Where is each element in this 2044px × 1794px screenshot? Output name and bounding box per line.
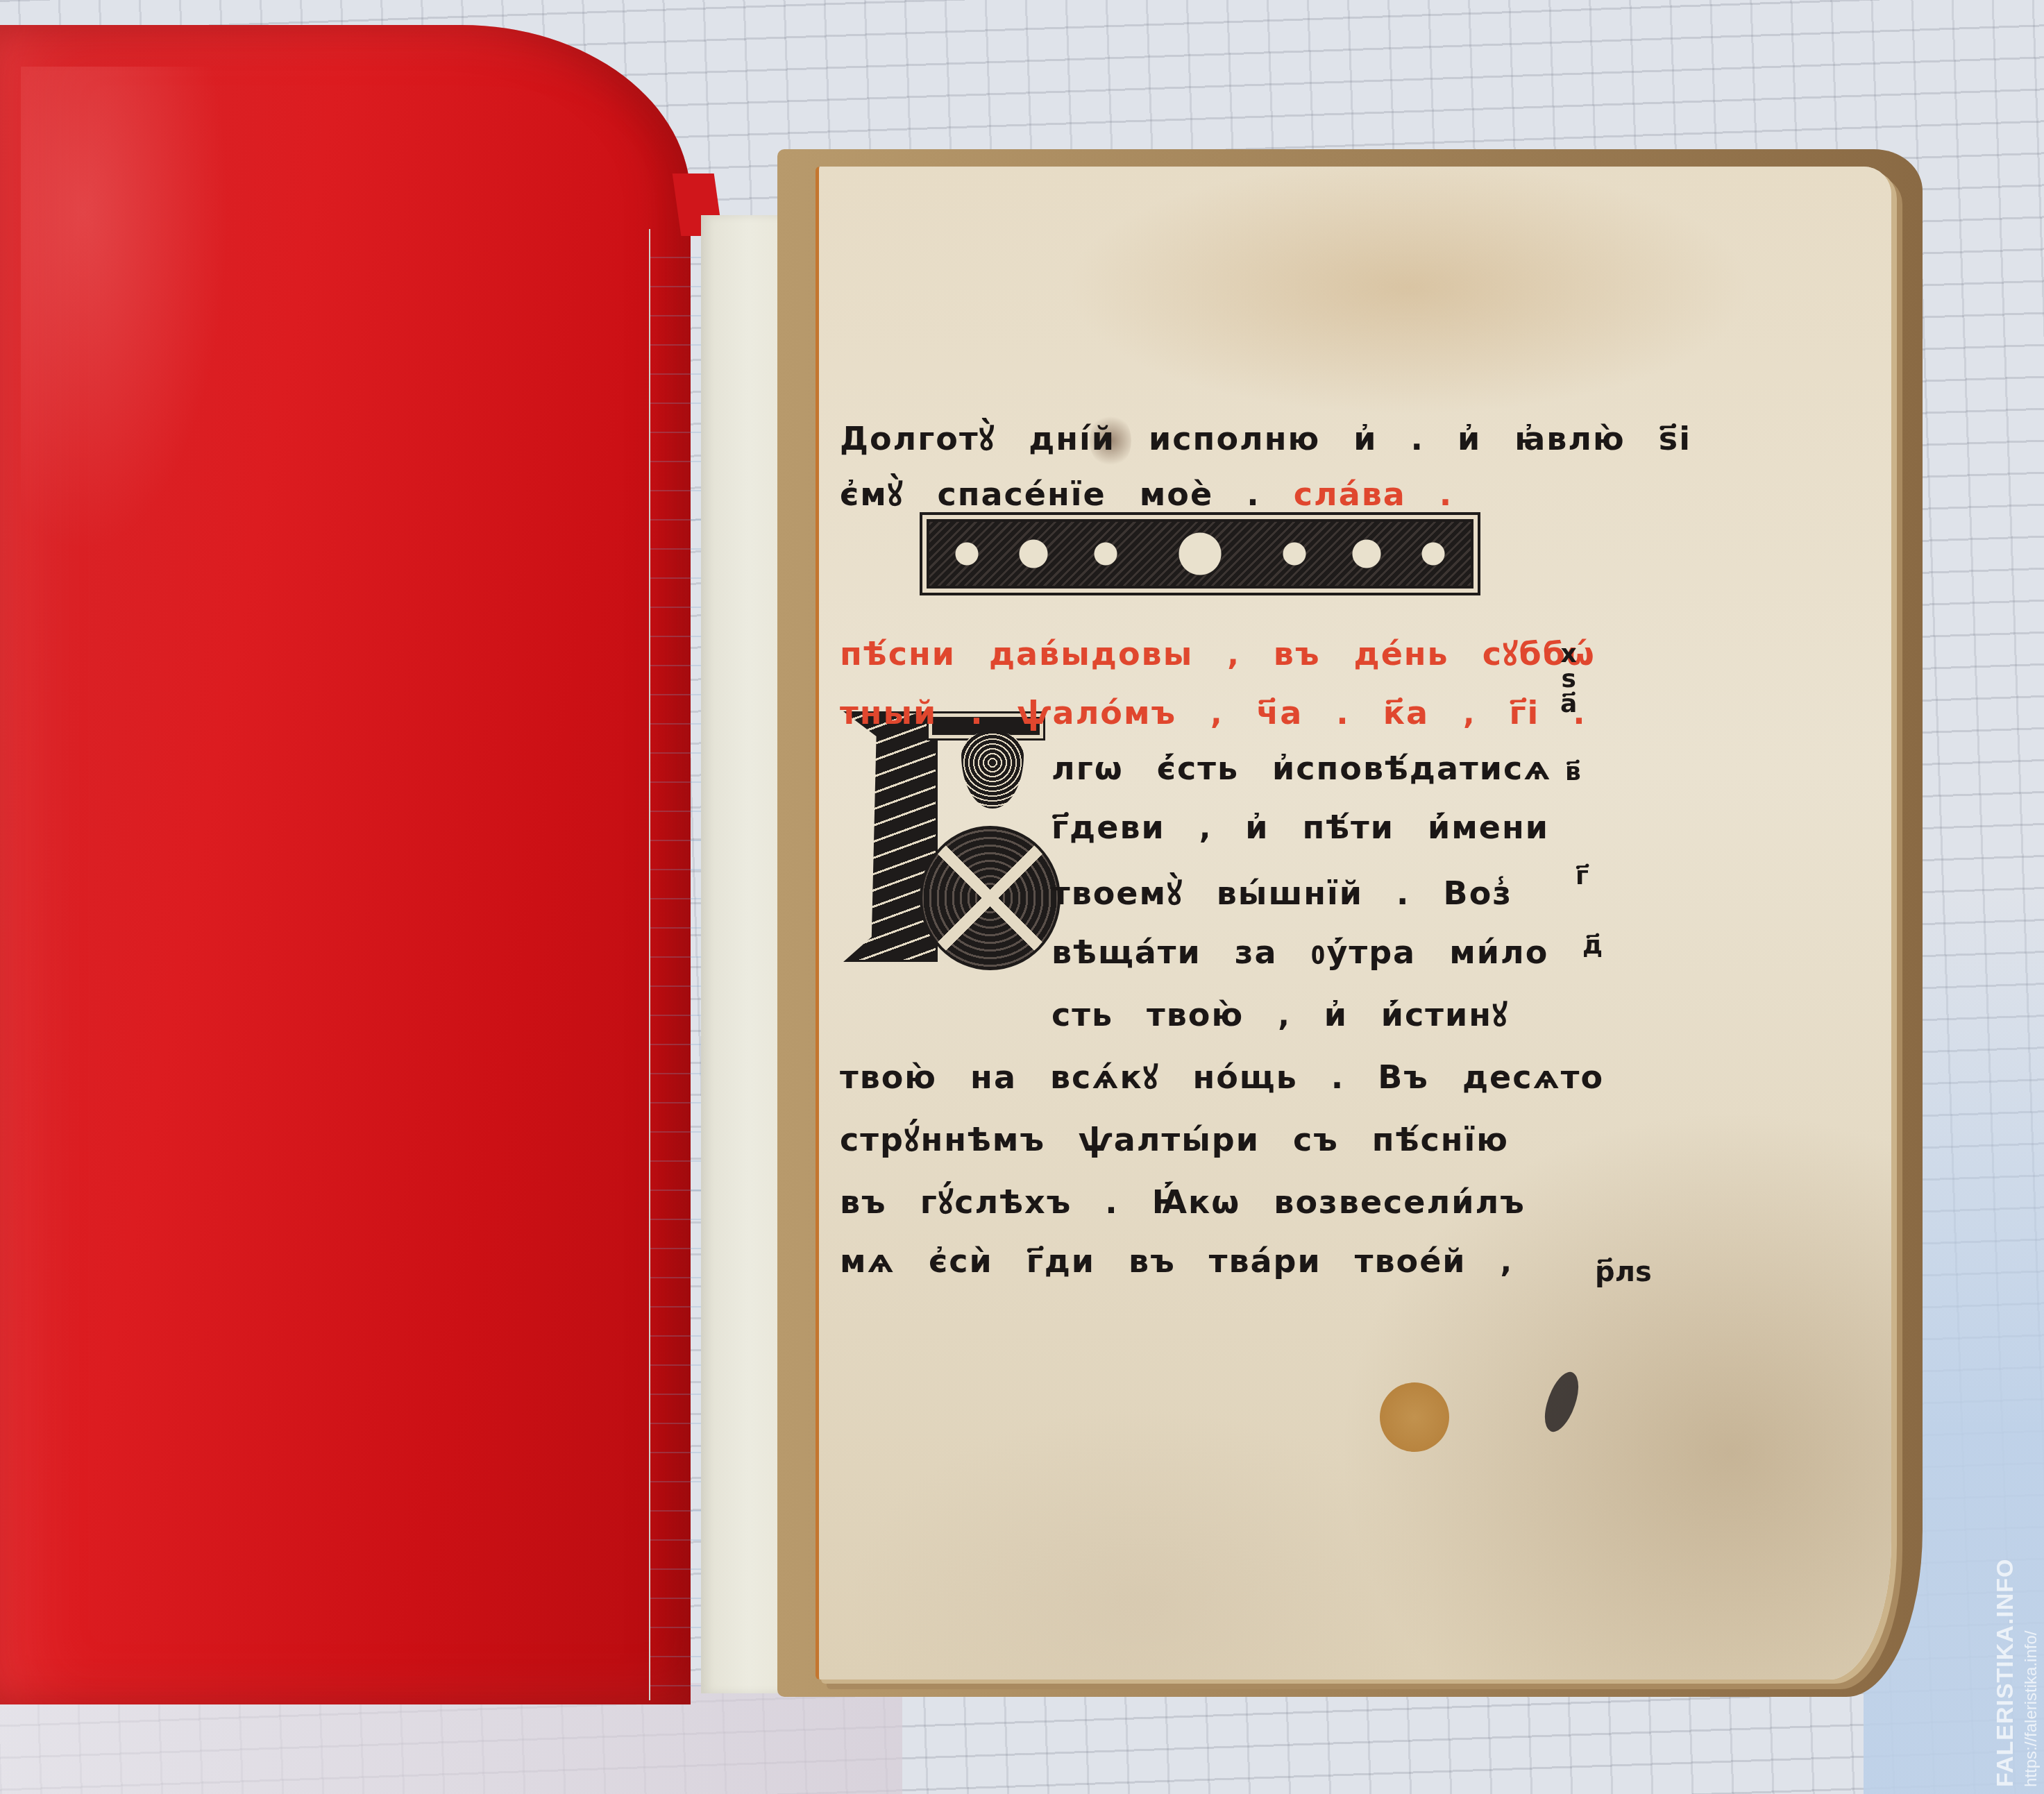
margin-red-2: ѕ <box>1560 667 1577 692</box>
text-line-11: стрꙋ́ннѣмъ ѱалты́ри съ пѣ́снїю <box>840 1117 1509 1160</box>
margin-note-v: в҃ <box>1565 760 1581 785</box>
text-line-6: г҃деви ‚ и҆ пѣ́ти и҆́мени <box>1051 809 1549 846</box>
dropcap-stem <box>843 711 938 962</box>
signature-mark: р҃лѕ <box>1595 1256 1652 1288</box>
text-line-2-black: є҆мꙋ̀ спасе́нїе моѐ . <box>840 475 1260 513</box>
text-line-1: Долготꙋ̀ дні́й исполню и҆ . и҆ ꙗ҆влю̀ ѕ҃… <box>840 416 1691 459</box>
psalm-title-line-1: пѣ́сни дав́ыдовы ‚ въ де́нь сꙋббѡ́ <box>840 632 1596 675</box>
psalm-title-line-2: тный . ѱало́мъ ‚ ч҃а . к҃а ‚ г҃і . <box>840 694 1587 731</box>
margin-note-d: д҃ <box>1582 933 1603 958</box>
margin-note-g: г҃ <box>1576 864 1589 889</box>
red-cover-board <box>0 25 691 1704</box>
margin-red-3: а҃ <box>1560 692 1577 717</box>
margin-red-1: х <box>1560 642 1577 667</box>
text-line-7: твоемꙋ̀ вы́шнїй . Воз̾ <box>1051 871 1512 914</box>
watermark-brand: FALERISTIKA.INFO <box>1992 1558 2019 1787</box>
text-line-10: твою̀ на всѧ́кꙋ но́щь . Въ десѧто <box>840 1055 1604 1098</box>
watermark: FALERISTIKA.INFO https://faleristika.inf… <box>1992 1558 2041 1787</box>
text-line-12: въ гꙋ́слѣхъ . Ꙗ҆́кѡ возвесели́лъ <box>840 1180 1526 1223</box>
text-line-13: мѧ є҆сѝ г҃ди въ тва́ри твое́й ‚ <box>840 1242 1513 1280</box>
margin-note-red: х ѕ а҃ <box>1560 642 1577 717</box>
round-water-stain <box>1380 1382 1449 1452</box>
text-line-8: вѣща́ти за ᲂу҆́тра ми́ло <box>1051 930 1548 973</box>
dropcap-bowl <box>920 826 1061 970</box>
ornamental-headpiece <box>920 512 1480 595</box>
text-line-5: лгѡ є҆́сть и҆сповѣ́датисѧ <box>1051 750 1551 787</box>
rubric-slava: сла́ва . <box>1294 475 1453 513</box>
watermark-url: https://faleristika.info/ <box>2022 1558 2041 1787</box>
grape-ornament-icon <box>961 732 1024 809</box>
dropcap-letter-b <box>843 711 1051 961</box>
text-line-2: є҆мꙋ̀ спасе́нїе моѐ . сла́ва . <box>840 472 1453 515</box>
text-line-9: сть твою̀ ‚ и҆ и҆́стинꙋ <box>1051 992 1509 1035</box>
